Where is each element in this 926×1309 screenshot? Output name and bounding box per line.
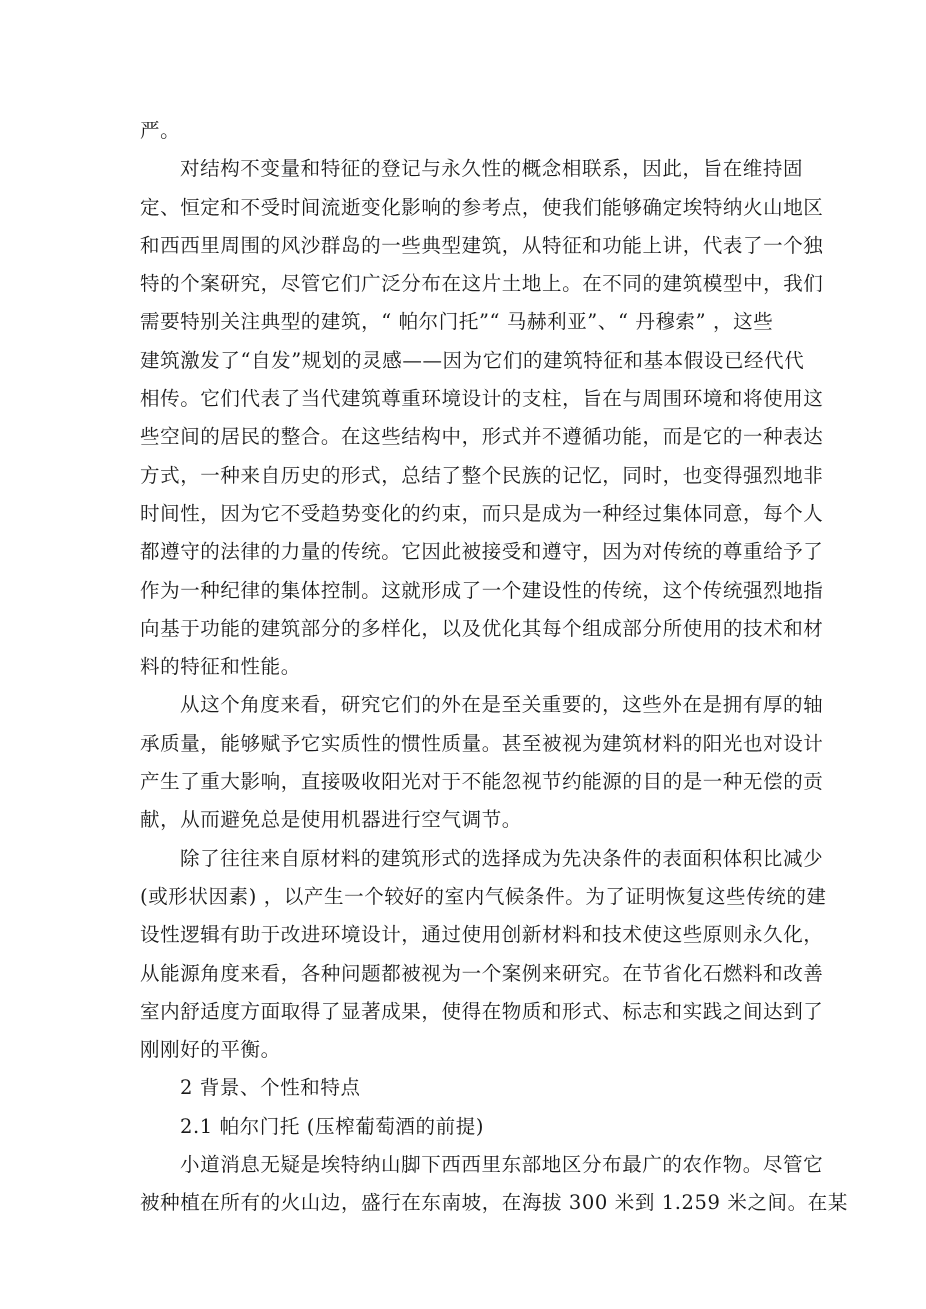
text-line: 除了往往来自原材料的建筑形式的选择成为先决条件的表面积体积比减少 <box>140 840 800 878</box>
text-line: 和西西里周围的风沙群岛的一些典型建筑，从特征和功能上讲，代表了一个独 <box>140 227 800 265</box>
text-line: 严。 <box>140 112 800 150</box>
subsection-heading: 2.1 帕尔门托 (压榨葡萄酒的前提) <box>140 1108 800 1146</box>
text-line: 刚刚好的平衡。 <box>140 1031 800 1069</box>
text-line: 都遵守的法律的力量的传统。它因此被接受和遵守，因为对传统的尊重给予了 <box>140 533 800 571</box>
text-line: 献，从而避免总是使用机器进行空气调节。 <box>140 801 800 839</box>
text-line: 承质量，能够赋予它实质性的惯性质量。甚至被视为建筑材料的阳光也对设计 <box>140 725 800 763</box>
text-line: 被种植在所有的火山边，盛行在东南坡，在海拔 300 米到 1.259 米之间。在… <box>140 1184 800 1222</box>
text-line: 从这个角度来看，研究它们的外在是至关重要的，这些外在是拥有厚的轴 <box>140 686 800 724</box>
document-page: 严。 对结构不变量和特征的登记与永久性的概念相联系，因此，旨在维持固 定、恒定和… <box>140 112 800 1223</box>
paragraph-structural-invariants: 对结构不变量和特征的登记与永久性的概念相联系，因此，旨在维持固 定、恒定和不受时… <box>140 150 800 686</box>
text-line: 特的个案研究，尽管它们广泛分布在这片土地上。在不同的建筑模型中，我们 <box>140 265 800 303</box>
text-line: 对结构不变量和特征的登记与永久性的概念相联系，因此，旨在维持固 <box>140 150 800 188</box>
text-line: 小道消息无疑是埃特纳山脚下西西里东部地区分布最广的农作物。尽管它 <box>140 1146 800 1184</box>
text-line: 建筑激发了“自发”规划的灵感——因为它们的建筑特征和基本假设已经代代 <box>140 342 800 380</box>
text-line: (或形状因素) ，以产生一个较好的室内气候条件。为了证明恢复这些传统的建 <box>140 878 800 916</box>
text-line: 时间性，因为它不受趋势变化的约束，而只是成为一种经过集体同意，每个人 <box>140 495 800 533</box>
text-line: 料的特征和性能。 <box>140 648 800 686</box>
text-line: 需要特别关注典型的建筑，“ 帕尔门托”“ 马赫利亚”、“ 丹穆索” ，这些 <box>140 303 800 341</box>
text-line: 定、恒定和不受时间流逝变化影响的参考点，使我们能够确定埃特纳火山地区 <box>140 189 800 227</box>
paragraph-palmento: 小道消息无疑是埃特纳山脚下西西里东部地区分布最广的农作物。尽管它 被种植在所有的… <box>140 1146 800 1223</box>
section-heading: 2 背景、个性和特点 <box>140 1069 800 1107</box>
text-line: 作为一种纪律的集体控制。这就形成了一个建设性的传统，这个传统强烈地指 <box>140 572 800 610</box>
text-line: 向基于功能的建筑部分的多样化，以及优化其每个组成部分所使用的技术和材 <box>140 610 800 648</box>
text-line: 方式，一种来自历史的形式，总结了整个民族的记忆，同时，也变得强烈地非 <box>140 457 800 495</box>
text-line: 些空间的居民的整合。在这些结构中，形式并不遵循功能，而是它的一种表达 <box>140 418 800 456</box>
paragraph-continuation: 严。 <box>140 112 800 150</box>
paragraph-exterior-mass: 从这个角度来看，研究它们的外在是至关重要的，这些外在是拥有厚的轴 承质量，能够赋… <box>140 686 800 839</box>
paragraph-form-factor: 除了往往来自原材料的建筑形式的选择成为先决条件的表面积体积比减少 (或形状因素)… <box>140 840 800 1070</box>
text-line: 相传。它们代表了当代建筑尊重环境设计的支柱，旨在与周围环境和将使用这 <box>140 380 800 418</box>
text-line: 产生了重大影响，直接吸收阳光对于不能忽视节约能源的目的是一种无偿的贡 <box>140 763 800 801</box>
text-line: 从能源角度来看，各种问题都被视为一个案例来研究。在节省化石燃料和改善 <box>140 955 800 993</box>
text-line: 室内舒适度方面取得了显著成果，使得在物质和形式、标志和实践之间达到了 <box>140 993 800 1031</box>
text-line: 设性逻辑有助于改进环境设计，通过使用创新材料和技术使这些原则永久化， <box>140 916 800 954</box>
